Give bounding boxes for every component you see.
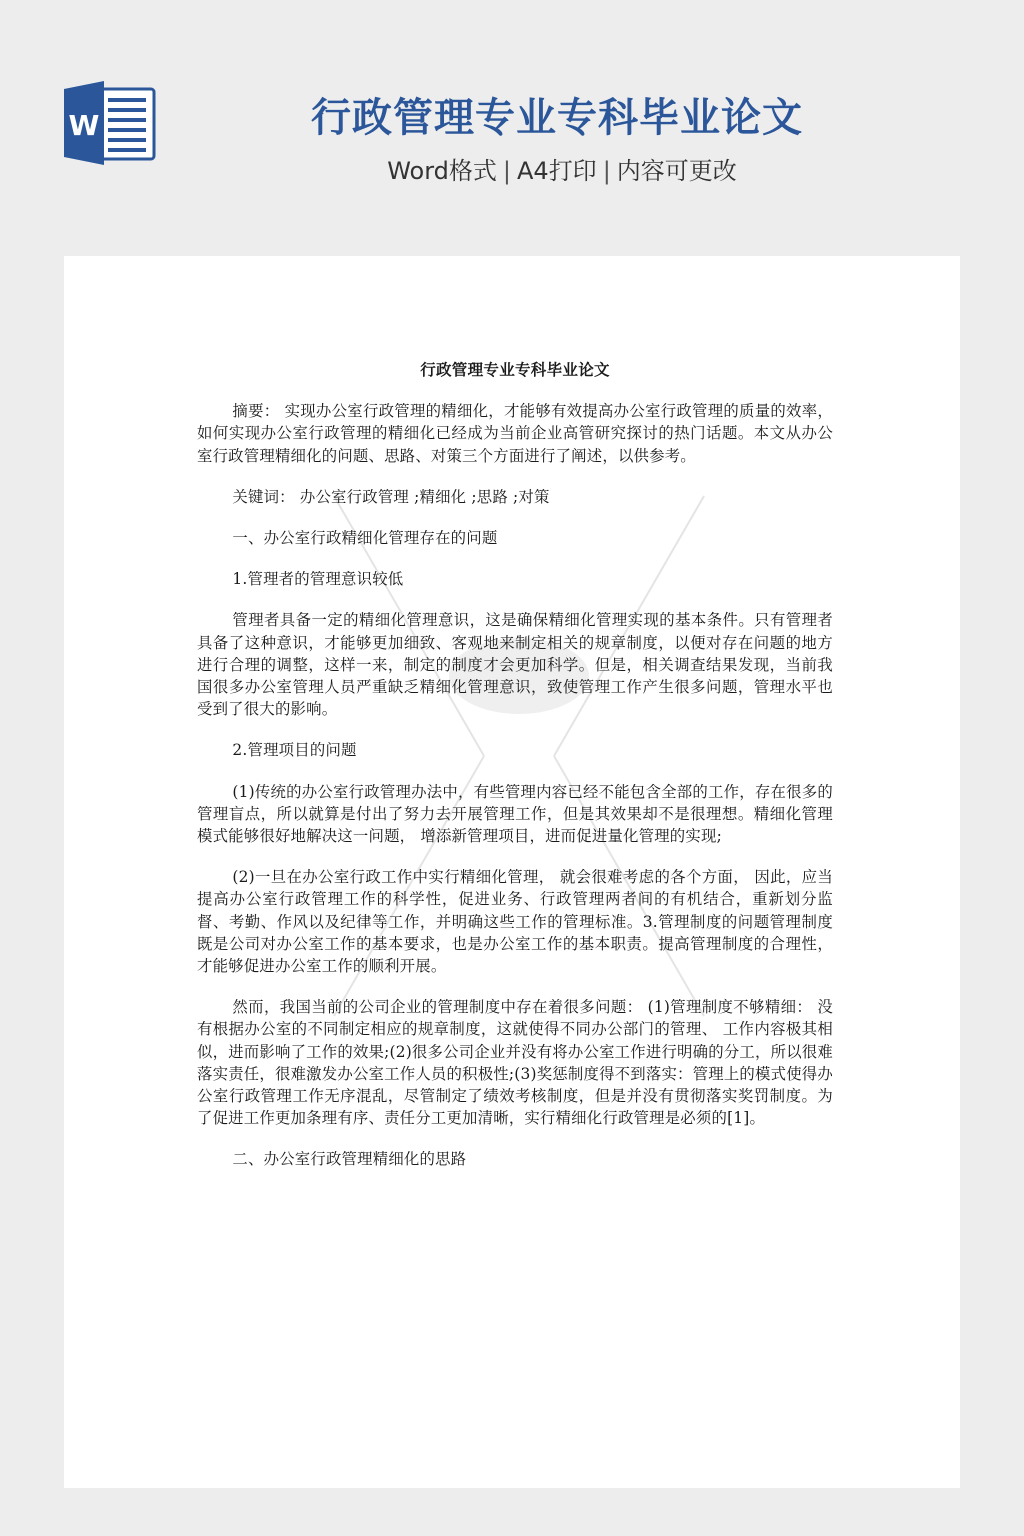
subtitle-separator: |	[503, 155, 511, 187]
section-2-heading: 二、办公室行政管理精细化的思路	[197, 1148, 833, 1170]
subtitle-print: A4打印	[517, 157, 597, 185]
keywords-line: 关键词： 办公室行政管理 ;精细化 ;思路 ;对策	[197, 486, 833, 508]
subtitle-format: Word格式	[387, 157, 497, 185]
subsection-3-paragraph: 然而，我国当前的公司企业的管理制度中存在着很多问题： (1)管理制度不够精细： …	[197, 996, 833, 1129]
subsection-1-paragraph: 管理者具备一定的精细化管理意识，这是确保精细化管理实现的基本条件。只有管理者具备…	[197, 609, 833, 720]
document-page: 行政管理专业专科毕业论文 摘要： 实现办公室行政管理的精细化，才能够有效提高办公…	[64, 256, 960, 1488]
subsection-2-paragraph-2: (2)一旦在办公室行政工作中实行精细化管理， 就会很难考虑的各个方面， 因此，应…	[197, 866, 833, 977]
banner-title: 行政管理专业专科毕业论文	[0, 92, 1024, 144]
subsection-2-paragraph-1: (1)传统的办公室行政管理办法中，有些管理内容已经不能包含全部的工作，存在很多的…	[197, 781, 833, 848]
subtitle-editable: 内容可更改	[617, 157, 737, 185]
abstract-paragraph: 摘要： 实现办公室行政管理的精细化，才能够有效提高办公室行政管理的质量的效率，如…	[197, 400, 833, 467]
subsection-1-heading: 1.管理者的管理意识较低	[197, 568, 833, 590]
subtitle-separator: |	[603, 155, 611, 187]
document-body: 行政管理专业专科毕业论文 摘要： 实现办公室行政管理的精细化，才能够有效提高办公…	[197, 359, 833, 1190]
document-title: 行政管理专业专科毕业论文	[197, 359, 833, 381]
section-1-heading: 一、办公室行政精细化管理存在的问题	[197, 527, 833, 549]
banner-subtitle: Word格式|A4打印|内容可更改	[0, 155, 1024, 187]
subsection-2-heading: 2.管理项目的问题	[197, 739, 833, 761]
